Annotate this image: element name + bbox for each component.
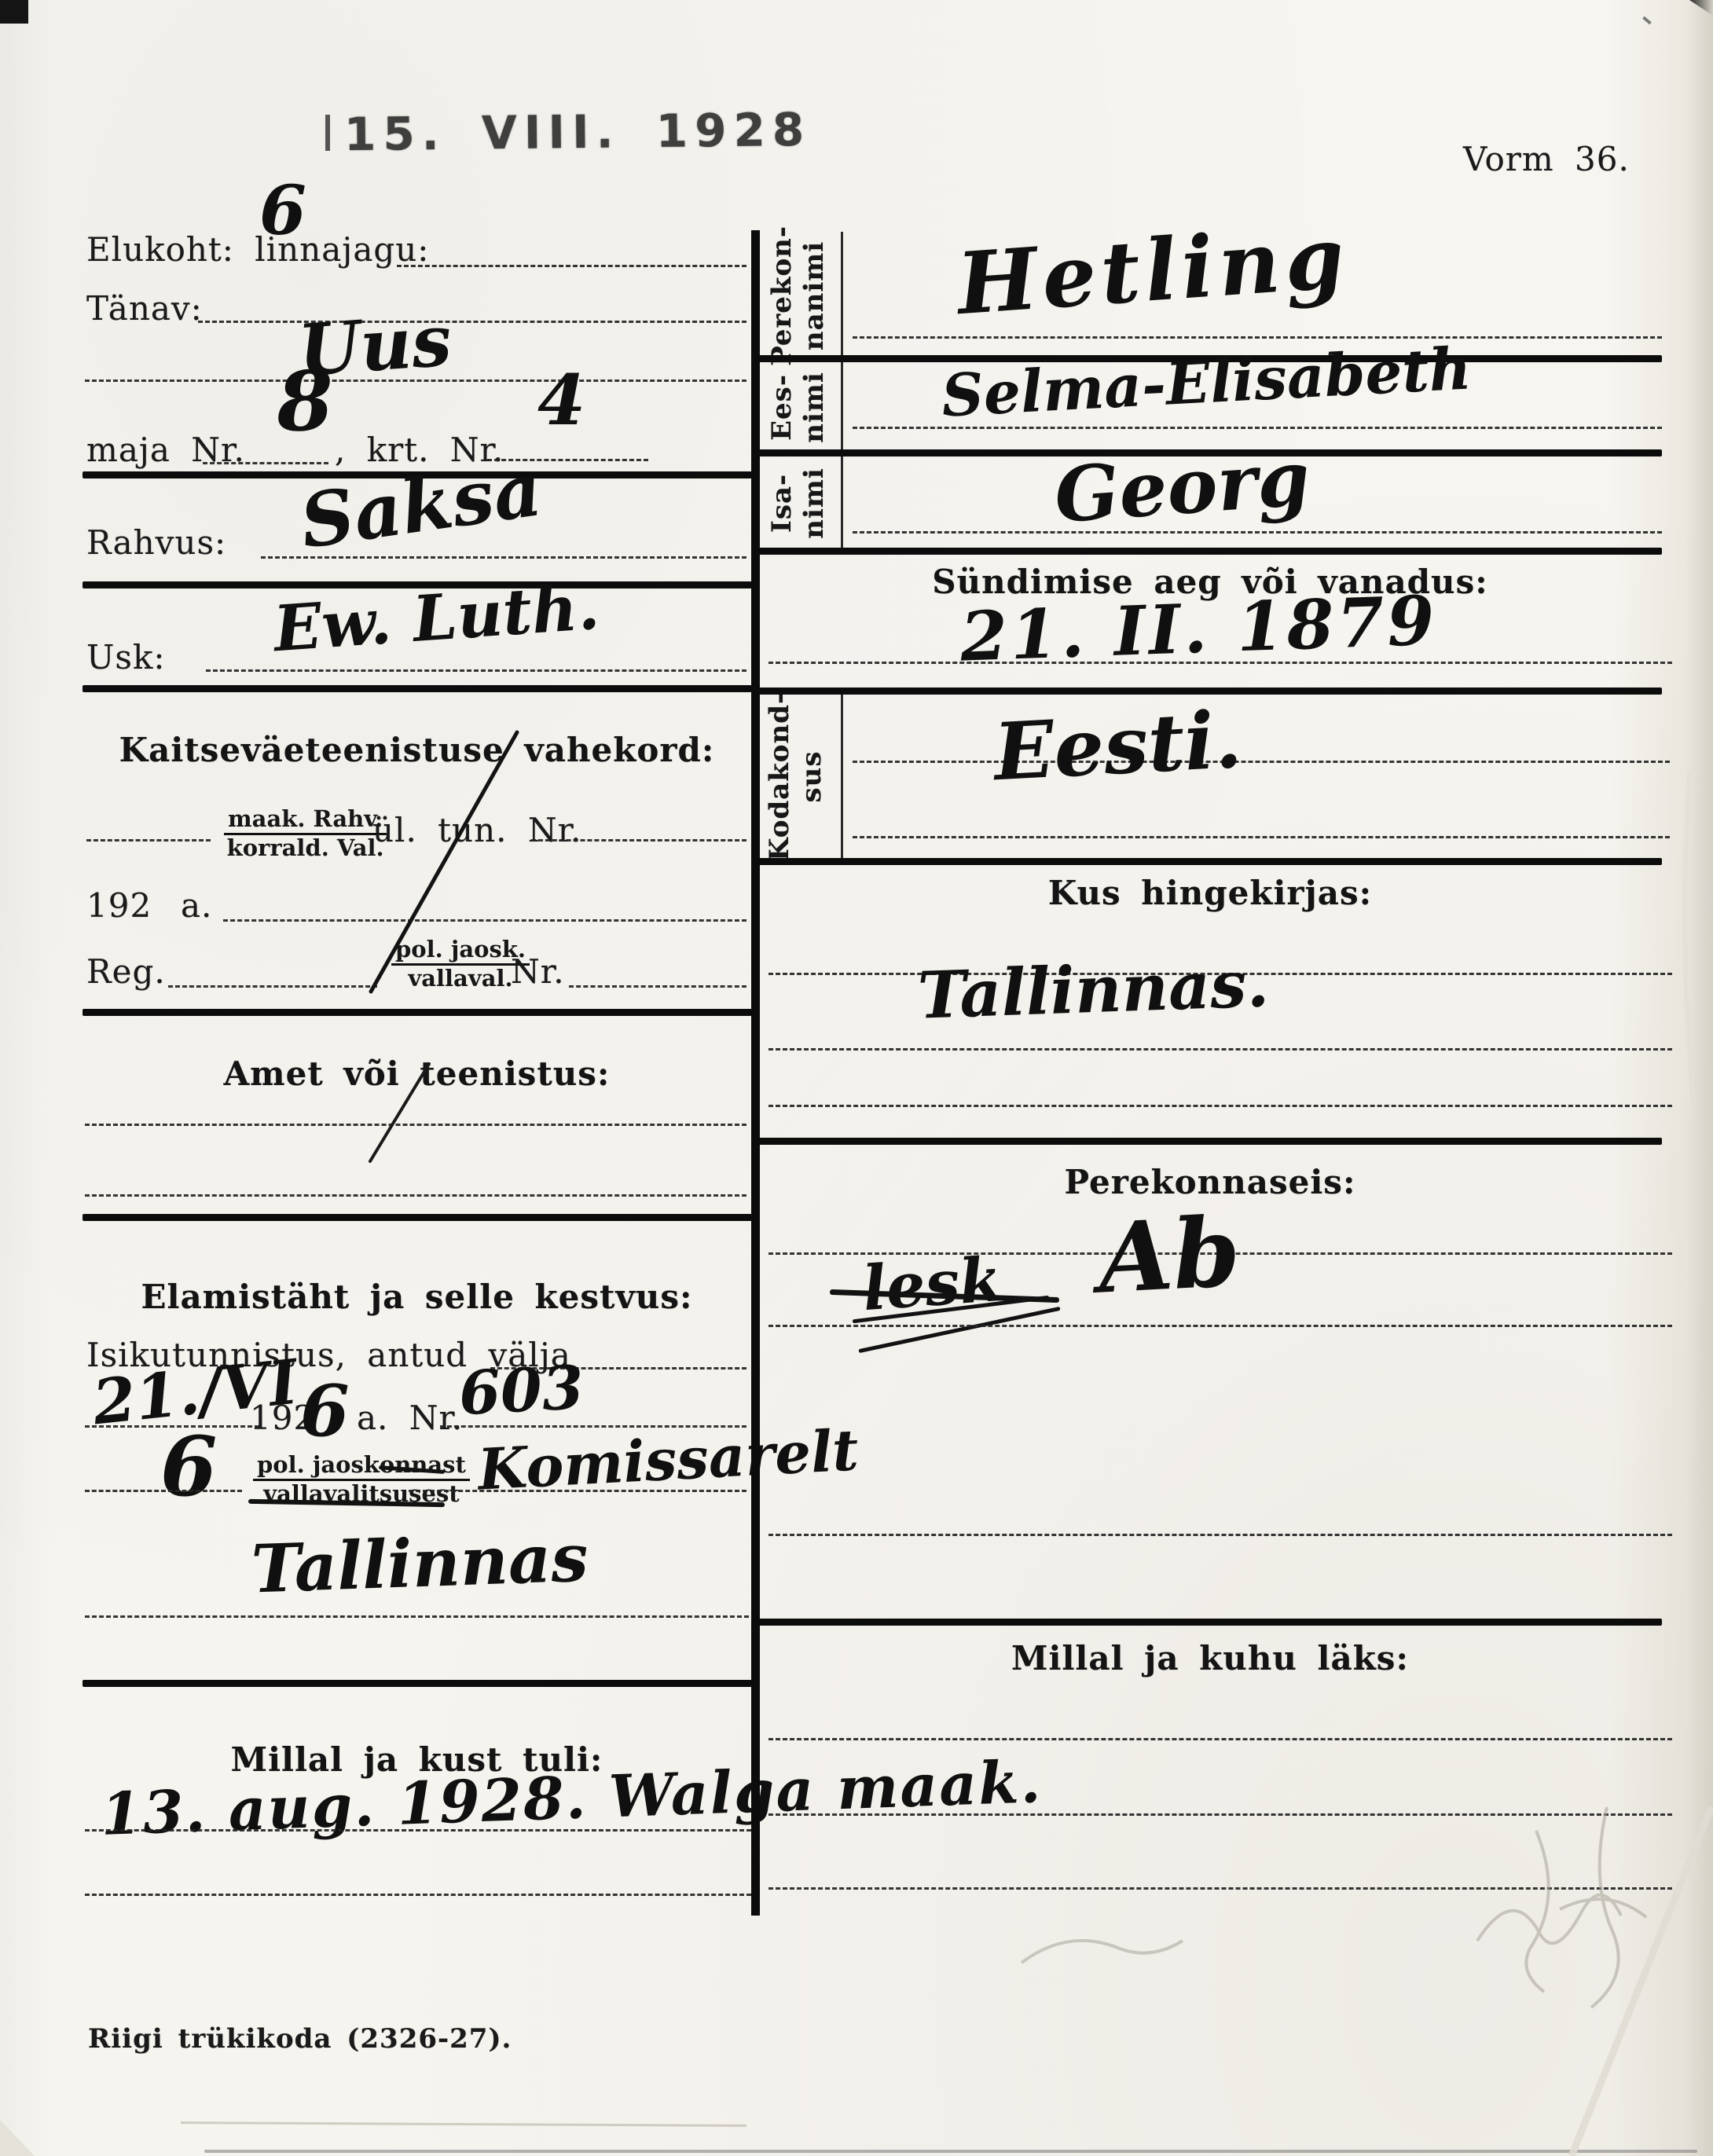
dotted-line xyxy=(853,531,1662,533)
father-label-line1: Isa- xyxy=(766,467,798,539)
dotted-line xyxy=(569,985,746,988)
dotted-line xyxy=(168,985,377,988)
military-cert-label: ül. tun. Nr. xyxy=(372,811,581,849)
military-reg-fraction: pol. jaosk. vallaval. xyxy=(391,937,530,992)
citizenship-vertical-label: Kodakond- sus xyxy=(750,695,843,858)
residence-permit-heading: Elamistäht ja selle kestvus: xyxy=(85,1278,749,1316)
military-authority-fraction: maak. Rahv. korrald. Val. xyxy=(224,806,387,861)
dotted-line xyxy=(223,919,746,922)
dotted-line xyxy=(85,1829,751,1831)
occupation-heading: Amet või teenistus: xyxy=(85,1054,749,1093)
precinct-handwriting: 6 xyxy=(160,1428,217,1506)
dotted-line xyxy=(86,839,211,841)
departure-heading: Millal ja kuhu läks: xyxy=(758,1639,1662,1677)
bottom-crease xyxy=(181,2121,746,2127)
section-rule xyxy=(751,1619,1662,1626)
firstname-label-line1: Ees- xyxy=(766,372,798,443)
bottom-scan-edge xyxy=(204,2150,1697,2153)
house-number-handwriting: 8 xyxy=(275,362,335,442)
marital-crossed-out-handwriting: lesk xyxy=(861,1251,1004,1318)
marital-status-handwriting: Ab xyxy=(1096,1206,1242,1304)
id-nr-label: a. Nr. xyxy=(357,1399,463,1437)
dotted-line xyxy=(85,1194,746,1197)
father-name-vertical-label: Isa- nimi xyxy=(754,457,842,548)
id-nr-handwriting: 603 xyxy=(457,1359,585,1422)
dotted-line xyxy=(768,1105,1672,1107)
section-rule xyxy=(751,1138,1662,1145)
issuer-handwriting: Komissarelt xyxy=(477,1423,860,1497)
dotted-line xyxy=(397,265,746,267)
dotted-line xyxy=(85,1490,242,1492)
section-rule xyxy=(83,1009,752,1016)
id-year-digit-handwriting: 6 xyxy=(300,1378,350,1446)
date-stamp: 15. VIII. 1928 xyxy=(344,103,812,161)
street-label: Tänav: xyxy=(86,289,203,328)
section-rule xyxy=(751,548,1662,555)
nationality-handwriting: Saksa xyxy=(296,455,545,558)
issue-place-handwriting: Tallinnas xyxy=(251,1527,589,1601)
section-rule xyxy=(751,687,1662,695)
fraction-top: pol. jaosk. xyxy=(391,937,530,966)
scan-speck xyxy=(1642,16,1652,25)
surname-handwriting: Hetling xyxy=(955,218,1352,325)
fraction-bottom: vallaval. xyxy=(391,966,530,991)
firstname-handwriting: Selma-Elisabeth xyxy=(941,341,1473,424)
religion-handwriting: Ew. Luth. xyxy=(272,577,601,659)
fraction-bottom: korrald. Val. xyxy=(224,835,387,860)
section-rule xyxy=(83,1214,752,1221)
right-edge-shadow xyxy=(1686,0,1713,2156)
dotted-line xyxy=(768,1738,1672,1740)
form-number: Vorm 36. xyxy=(1463,140,1630,178)
dotted-line xyxy=(768,662,1672,664)
dotted-line xyxy=(853,427,1662,429)
dotted-line xyxy=(853,836,1670,838)
citizenship-handwriting: Eesti. xyxy=(992,702,1244,790)
dotted-line xyxy=(768,1813,1672,1816)
military-year-label: 192 xyxy=(86,886,152,925)
dotted-line xyxy=(768,1048,1672,1050)
fraction-top: pol. jaoskonnast xyxy=(253,1452,470,1481)
military-year-suffix: a. xyxy=(181,886,212,925)
parish-handwriting: Tallinnas. xyxy=(917,954,1270,1027)
section-rule xyxy=(83,1680,752,1687)
dotted-line xyxy=(85,1124,746,1126)
parish-register-heading: Kus hingekirjas: xyxy=(758,874,1662,912)
military-reg-label: Reg. xyxy=(86,952,166,991)
citizenship-label-line1: Kodakond- xyxy=(765,691,797,860)
dotted-line xyxy=(853,336,1662,339)
printer-imprint: Riigi trükikoda (2326-27). xyxy=(88,2023,512,2055)
section-rule xyxy=(751,858,1662,865)
dotted-line xyxy=(203,462,328,464)
dotted-line xyxy=(198,321,746,323)
dotted-line xyxy=(768,1325,1672,1327)
dotted-line xyxy=(768,1534,1672,1536)
scan-corner-top-left xyxy=(0,0,28,24)
dotted-line xyxy=(85,1894,751,1896)
residence-label: Elukoht: linnajagu: xyxy=(86,230,429,269)
dotted-line xyxy=(206,669,746,672)
military-reg-nr-label: Nr. xyxy=(511,952,565,991)
father-label-line2: nimi xyxy=(798,467,831,539)
pencil-scribbles xyxy=(1022,1807,1646,2007)
fraction-top: maak. Rahv. xyxy=(224,806,387,835)
surname-label-line1: Perekon- xyxy=(766,225,798,366)
citizenship-label-line2: sus xyxy=(797,691,829,860)
religion-label: Usk: xyxy=(86,638,166,676)
dotted-line xyxy=(85,1615,749,1618)
dotted-line xyxy=(531,839,746,841)
registration-card-page: 15. VIII. 1928 Vorm 36. Elukoht: linnaja… xyxy=(0,0,1713,2156)
section-rule xyxy=(83,685,752,692)
surname-label-line2: nanimi xyxy=(798,225,831,366)
dotted-line xyxy=(768,1887,1672,1890)
military-service-heading: Kaitseväeteenistuse vahekord: xyxy=(85,731,749,769)
residence-value-handwriting: 6 xyxy=(259,179,306,244)
stamp-tick-mark xyxy=(325,115,330,151)
birth-date-handwriting: 21. II. 1879 xyxy=(959,588,1439,669)
dotted-line xyxy=(85,379,746,382)
father-name-handwriting: Georg xyxy=(1052,442,1311,532)
apartment-number-handwriting: 4 xyxy=(537,368,585,434)
issuer-fraction: pol. jaoskonnast vallavalitsusest xyxy=(253,1452,470,1507)
bottom-left-fold xyxy=(0,2120,35,2156)
dotted-line xyxy=(853,761,1670,763)
firstname-label-line2: nimi xyxy=(798,372,831,443)
nationality-label: Rahvus: xyxy=(86,523,226,562)
surname-vertical-label: Perekon- nanimi xyxy=(754,233,842,357)
firstname-vertical-label: Ees- nimi xyxy=(754,363,842,451)
